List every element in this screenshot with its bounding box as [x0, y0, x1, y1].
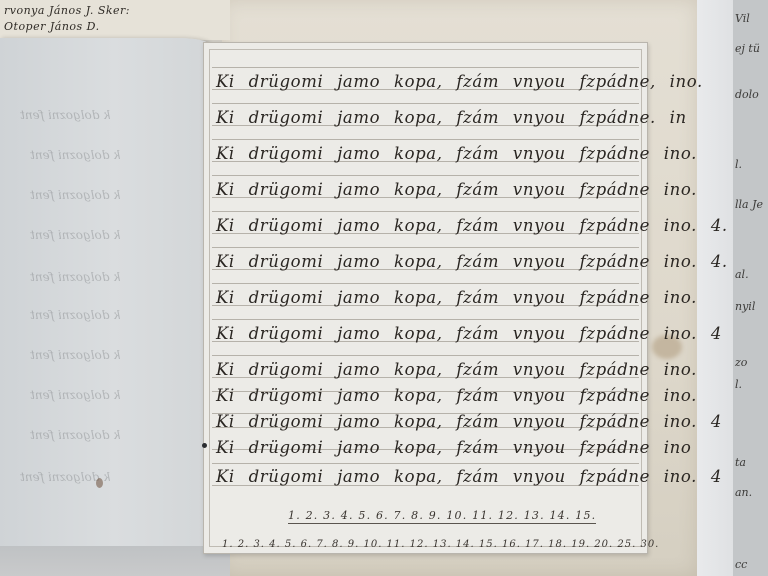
copy-line: Ki drügomi jamo kopa, fzám vnyou fzpádne… [216, 108, 637, 127]
letter-fragment: l. [735, 158, 742, 171]
bleed-through-text: k dolgozni fent [20, 108, 111, 122]
background-handwriting-line: rvonya János J. Sker: [4, 4, 130, 17]
ruled-line [212, 463, 639, 464]
letter-fragment: dolo [735, 88, 759, 101]
copy-line: Ki drügomi jamo kopa, fzám vnyou fzpádne… [216, 72, 637, 91]
background-handwriting-line: Otoper János D. [4, 20, 100, 33]
ruled-line [212, 247, 639, 248]
letter-fragment: cc [735, 558, 747, 571]
letter-fragment: ej tü [735, 42, 760, 55]
numbers-row-1: 1. 2. 3. 4. 5. 6. 7. 8. 9. 10. 11. 12. 1… [288, 509, 596, 524]
ruled-line [212, 175, 639, 176]
bleed-through-text: k dolgozni fent [30, 388, 121, 402]
background-document-top-left: rvonya János J. Sker: Otoper János D. [0, 0, 230, 40]
letter-fragment: ta [735, 456, 746, 469]
copy-line: Ki drügomi jamo kopa, fzám vnyou fzpádne… [216, 180, 637, 199]
ruled-line [212, 211, 639, 212]
bleed-through-text: k dolgozni fent [30, 348, 121, 362]
letter-fragment: zo [735, 356, 747, 369]
ruled-line [212, 319, 639, 320]
copy-line: Ki drügomi jamo kopa, fzám vnyou fzpádne… [216, 288, 637, 307]
copy-line: Ki drügomi jamo kopa, fzám vnyou fzpádne… [216, 412, 637, 431]
ruled-line [212, 355, 639, 356]
bleed-through-text: k dolgozni fent [30, 308, 121, 322]
copy-line: Ki drügomi jamo kopa, fzám vnyou fzpádne… [216, 324, 637, 343]
binding-stitch [202, 443, 207, 448]
copybook-left-page: k dolgozni fent k dolgozni fent k dolgoz… [0, 38, 208, 553]
copy-line: Ki drügomi jamo kopa, fzám vnyou fzpádne… [216, 360, 637, 379]
bleed-through-text: k dolgozni fent [30, 188, 121, 202]
ink-spot [96, 478, 103, 488]
letter-fragment: an. [735, 486, 752, 499]
right-handwritten-letter: Vil ej tü dolo l. lla Je al. nyil zo l. … [733, 0, 768, 576]
bleed-through-text: k dolgozni fent [30, 270, 121, 284]
letter-fragment: lla Je [735, 198, 763, 211]
copy-line: Ki drügomi jamo kopa, fzám vnyou fzpádne… [216, 144, 637, 163]
ruled-line [212, 139, 639, 140]
letter-fragment: al. [735, 268, 749, 281]
copy-line: Ki drügomi jamo kopa, fzám vnyou fzpádne… [216, 216, 637, 235]
letter-fragment: l. [735, 378, 742, 391]
ruled-line [212, 103, 639, 104]
numbers-row-2: 1. 2. 3. 4. 5. 6. 7. 8. 9. 10. 11. 12. 1… [222, 539, 659, 550]
copy-line: Ki drügomi jamo kopa, fzám vnyou fzpádne… [216, 438, 637, 457]
copy-line: Ki drügomi jamo kopa, fzám vnyou fzpádne… [216, 252, 637, 271]
copybook-right-page: Ki drügomi jamo kopa, fzám vnyou fzpádne… [203, 42, 648, 554]
copy-line: Ki drügomi jamo kopa, fzám vnyou fzpádne… [216, 467, 637, 486]
bleed-through-text: k dolgozni fent [30, 428, 121, 442]
letter-fragment: nyil [735, 300, 755, 313]
bleed-through-text: k dolgozni fent [30, 228, 121, 242]
letter-fragment: Vil [735, 12, 750, 25]
table-shadow [0, 546, 230, 576]
copy-line: Ki drügomi jamo kopa, fzám vnyou fzpádne… [216, 386, 637, 405]
ruled-line [212, 283, 639, 284]
ruled-line [212, 67, 639, 68]
bleed-through-text: k dolgozni fent [30, 148, 121, 162]
